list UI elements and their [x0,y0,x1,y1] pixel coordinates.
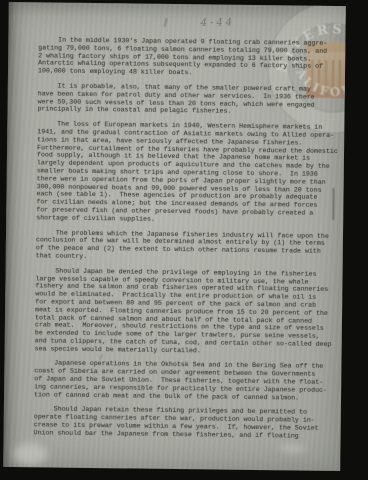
document-text: In the middle 1930's Japan operated 9 fl… [33,36,342,447]
paragraph-market-losses: The loss of European markets in 1940, We… [36,120,341,225]
scan-smudge-bottom-left [13,443,47,465]
scanned-document-photo: UNIVERSITY OF CALIFORNIA 4-44 In the mid… [0,0,368,480]
paragraph-soviet-agreement: Japanese operations in the Okhotsk Sea a… [34,360,338,403]
handwritten-annotation: 4-44 [200,17,235,29]
paragraph-vessel-restrictions: Should Japan be denied the privilege of … [35,267,340,356]
scan-smudge-bottom-right [279,443,305,453]
paragraph-fleet-overview: In the middle 1930's Japan operated 9 fl… [38,36,342,79]
paragraph-postwar-problems: The problems which the Japanese fisherie… [36,229,340,264]
paragraph-small-craft: It is probable, also, that many of the s… [37,82,341,117]
pencil-tick-mark [163,18,167,27]
document-page: UNIVERSITY OF CALIFORNIA 4-44 In the mid… [3,2,346,471]
paragraph-fishing-privileges: Should Japan retain these fishing privil… [34,406,338,441]
